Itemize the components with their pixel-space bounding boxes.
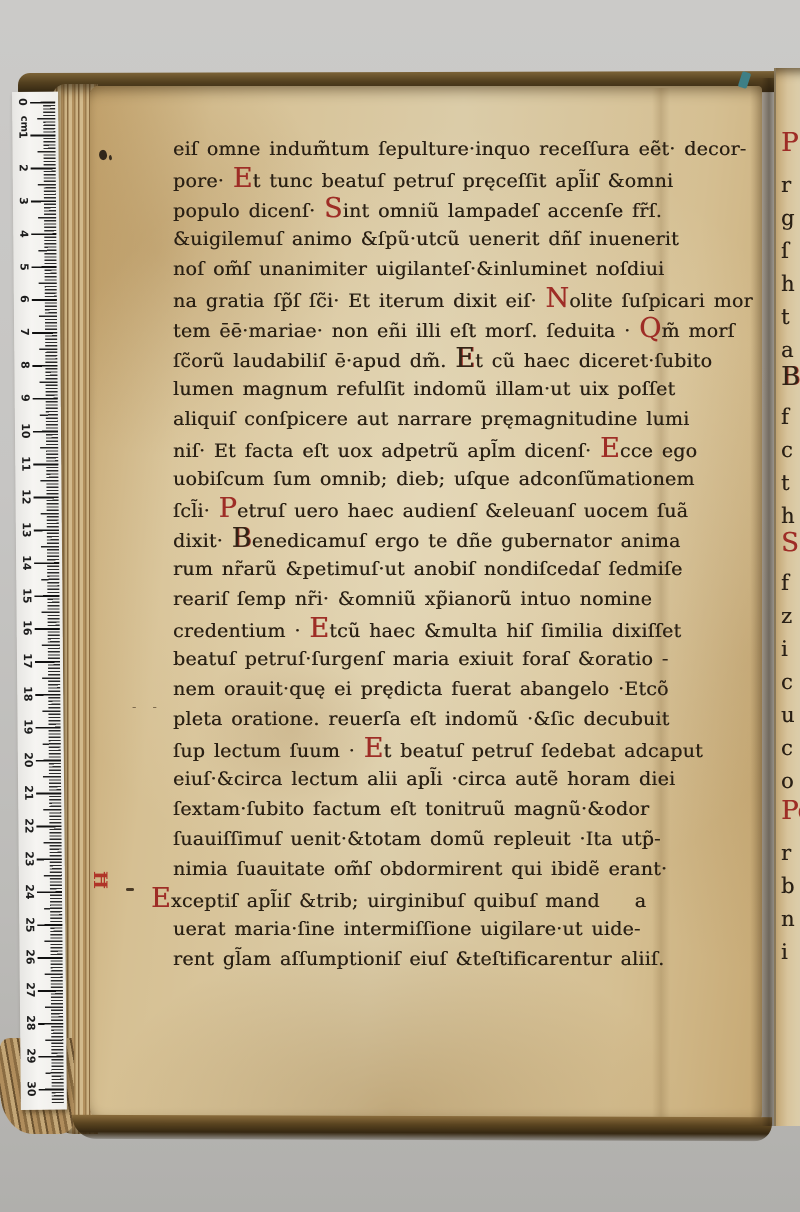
text-segment: credentium ·: [173, 620, 309, 642]
facing-page-letter: t: [781, 302, 789, 332]
text-segment: dixit·: [173, 530, 232, 552]
facing-page-letter: g: [781, 203, 794, 233]
book-bottom-edge: [72, 1115, 772, 1141]
rubric-initial: Q: [639, 313, 661, 344]
text-segment: cce ego: [620, 440, 697, 462]
facing-page-letter: Pe: [781, 796, 800, 826]
ruler-number: 8: [14, 354, 36, 376]
ruler-unit-label: cm: [16, 115, 32, 133]
rubric-initial: B: [781, 362, 800, 392]
ruler-number: 28: [20, 1012, 42, 1034]
text-segment: rum nr̃arũ &petimuſ·ut anobiſ nondiſceda…: [173, 558, 683, 580]
text-segment: c: [781, 438, 793, 462]
manuscript-line: nimia ſuauitate om̃ſ obdormirent qui ibi…: [173, 854, 667, 884]
text-segment: ſ: [781, 239, 789, 263]
facing-page-letter: o: [781, 766, 794, 796]
text-segment: f: [781, 571, 789, 595]
text-segment: r: [781, 173, 791, 197]
text-segment: g: [781, 206, 794, 230]
text-segment: noſ om̃ſ unanimiter uigilanteſ·&inlumine…: [173, 258, 664, 280]
ruler: 0123456789101112131415161718192021222324…: [12, 92, 67, 1110]
facing-page-letter: i: [781, 634, 788, 664]
text-segment: enedicamuſ ergo te dñe gubernator anima: [252, 530, 681, 552]
facing-page-letter: r: [781, 838, 791, 868]
manuscript-line: ſc̃orũ laudabiliſ ē·apud dm̃. Et cũ haec…: [173, 344, 712, 374]
manuscript-photo: eiſ omne indum̃tum ſepulture·inquo receſ…: [0, 0, 800, 1212]
margin-correction-dashes: - -: [132, 700, 163, 715]
manuscript-line: beatuſ petruſ·ſurgenſ maria exiuit foraſ…: [173, 644, 668, 674]
ruler-number: 23: [19, 847, 41, 869]
facing-page-letter: h: [781, 269, 795, 299]
text-segment: tem ēē·mariae· non eñi illi eſt morſ. ſe…: [173, 320, 639, 342]
facing-page-letter: n: [781, 904, 795, 934]
manuscript-line: reariſ ſemp nr̃i· &omniũ xp̃ianorũ intuo…: [173, 584, 652, 614]
rubric-initial: S: [781, 528, 799, 558]
ruler-number: 30: [21, 1078, 43, 1100]
text-segment: m̃ morſ: [661, 320, 734, 342]
text-segment: t beatuſ petruſ ſedebat adcaput: [384, 740, 703, 762]
facing-page-letter: h: [781, 501, 795, 531]
facing-page-letter: a: [781, 335, 794, 365]
manuscript-line: rum nr̃arũ &petimuſ·ut anobiſ nondiſceda…: [173, 554, 683, 584]
text-segment: pleta oratione. reuerſa eſt indomũ ·&ſic…: [173, 708, 669, 730]
manuscript-line: eiuſ·&circa lectum alii apl̃i ·circa aut…: [173, 764, 675, 794]
ruler-number: 2: [13, 157, 35, 179]
text-segment: t cũ haec diceret·ſubito: [475, 350, 712, 372]
manuscript-line: credentium · Etcũ haec &multa hiſ ſimili…: [173, 614, 681, 644]
rubric-initial: B: [232, 523, 252, 554]
text-segment: h: [781, 272, 795, 296]
facing-page-letter: S: [781, 528, 799, 558]
rubric-initial: P: [219, 493, 237, 524]
text-segment: int omniũ lampadeſ accenſe fr̃ſ.: [343, 200, 662, 222]
ruler-number: 26: [19, 946, 41, 968]
margin-dark-speck: [126, 888, 134, 891]
text-segment: u: [781, 703, 795, 727]
ruler-number: 3: [13, 189, 35, 211]
text-segment: a: [781, 338, 794, 362]
facing-page-letter: t: [781, 468, 789, 498]
text-segment: t tunc beatuſ petruſ pręceſſit apl̃iſ &o…: [253, 170, 674, 192]
text-segment: xceptiſ apl̃iſ &trib; uirginibuſ quibuſ …: [171, 890, 646, 912]
ruler-number: 12: [15, 486, 37, 508]
rubric-initial: S: [324, 193, 343, 224]
text-segment: rent gl̃am aſſumptioniſ eiuſ &teſtificar…: [173, 948, 664, 970]
text-segment: tcũ haec &multa hiſ ſimilia dixiſſet: [329, 620, 681, 642]
text-segment: o: [781, 769, 794, 793]
rubric-initial: E: [455, 343, 475, 374]
ruler-number: 9: [15, 387, 37, 409]
manuscript-line: &uigilemuſ animo &ſpũ·utcũ uenerit dñſ i…: [173, 224, 679, 254]
text-segment: uerat maria·ſine intermiſſione uigilare·…: [173, 918, 641, 940]
text-segment: nem orauit·quę ei prędicta fuerat abange…: [173, 678, 669, 700]
text-segment: ſuauiſſimuſ uenit·&totam domũ repleuit ·…: [173, 828, 661, 850]
facing-page-letter: c: [781, 733, 793, 763]
manuscript-line: niſ· Et facta eſt uox adpetrũ apl̃m dice…: [173, 434, 697, 464]
rubric-initial: E: [309, 613, 329, 644]
text-segment: i: [781, 637, 788, 661]
manuscript-line: lumen magnum refulſit indomũ illam·ut ui…: [173, 374, 675, 404]
ruler-number: 22: [18, 815, 40, 837]
text-segment: ſcl̃i·: [173, 500, 219, 522]
facing-page-letter: c: [781, 435, 793, 465]
text-segment: z: [781, 604, 792, 628]
facing-page-letter: b: [781, 871, 794, 901]
text-segment: niſ· Et facta eſt uox adpetrũ apl̃m dice…: [173, 440, 600, 462]
facing-page-letter: i: [781, 937, 788, 967]
rubric-initial: E: [364, 733, 384, 764]
facing-page-letter: f: [781, 568, 789, 598]
ruler-number: 0: [12, 91, 34, 113]
rubric-initial: E: [600, 433, 620, 464]
facing-page-letter: ſ: [781, 236, 789, 266]
text-segment: olite ſuſpicari mor: [569, 290, 753, 312]
text-segment: eiuſ·&circa lectum alii apl̃i ·circa aut…: [173, 768, 675, 790]
ruler-number: 24: [19, 880, 41, 902]
ruler-number: 20: [18, 749, 40, 771]
text-segment: nimia ſuauitate om̃ſ obdormirent qui ibi…: [173, 858, 667, 880]
manuscript-line: pore· Et tunc beatuſ petruſ pręceſſit ap…: [173, 164, 673, 194]
ruler-number: 19: [17, 716, 39, 738]
text-segment: ſextam·ſubito factum eſt tonitruũ magnũ·…: [173, 798, 649, 820]
ruler-number: 16: [17, 617, 39, 639]
manuscript-line: na gratia ſp̃ſ ſc̃i· Et iterum dixit eiſ…: [173, 284, 753, 314]
manuscript-line: Exceptiſ apl̃iſ &trib; uirginibuſ quibuſ…: [151, 884, 646, 914]
facing-page-letter: u: [781, 700, 795, 730]
manuscript-line: aliquiſ conſpicere aut narrare pręmagnit…: [173, 404, 689, 434]
manuscript-line: noſ om̃ſ unanimiter uigilanteſ·&inlumine…: [173, 254, 664, 284]
ruler-number: 15: [16, 584, 38, 606]
text-segment: t: [781, 471, 789, 495]
text-segment: ſup lectum ſuum ·: [173, 740, 364, 762]
ruler-number: 25: [19, 913, 41, 935]
text-segment: n: [781, 907, 795, 931]
ruler-number: 17: [17, 650, 39, 672]
text-segment: populo dicenſ·: [173, 200, 324, 222]
manuscript-line: uerat maria·ſine intermiſſione uigilare·…: [173, 914, 641, 944]
text-segment: i: [781, 940, 788, 964]
text-segment: f: [781, 405, 789, 429]
rubric-initial: P: [781, 128, 799, 158]
ruler-number: 14: [16, 551, 38, 573]
text-segment: b: [781, 874, 794, 898]
text-segment: t: [781, 305, 789, 329]
text-segment: eiſ omne indum̃tum ſepulture·inquo receſ…: [173, 138, 746, 160]
manuscript-line: uobiſcum ſum omnib; dieb; uſque adconſũm…: [173, 464, 695, 494]
rubric-initial: N: [545, 283, 569, 314]
text-segment: beatuſ petruſ·ſurgenſ maria exiuit foraſ…: [173, 648, 668, 670]
text-segment: h: [781, 504, 795, 528]
manuscript-line: ſuauiſſimuſ uenit·&totam domũ repleuit ·…: [173, 824, 661, 854]
text-segment: pore·: [173, 170, 233, 192]
ruler-number: 10: [15, 420, 37, 442]
text-segment: na gratia ſp̃ſ ſc̃i· Et iterum dixit eiſ…: [173, 290, 545, 312]
text-segment: r: [781, 841, 791, 865]
ruler-number: 7: [14, 321, 36, 343]
facing-page-letter: z: [781, 601, 792, 631]
text-block: eiſ omne indum̃tum ſepulture·inquo receſ…: [173, 134, 777, 990]
text-segment: etruſ uero haec audienſ &eleuanſ uocem ſ…: [237, 500, 688, 522]
manuscript-line: dixit· Benedicamuſ ergo te dñe gubernato…: [173, 524, 680, 554]
manuscript-line: rent gl̃am aſſumptioniſ eiuſ &teſtificar…: [173, 944, 664, 974]
text-segment: aliquiſ conſpicere aut narrare pręmagnit…: [173, 408, 689, 430]
text-segment: ſc̃orũ laudabiliſ ē·apud dm̃.: [173, 350, 455, 372]
rubric-initial: E: [233, 163, 253, 194]
manuscript-line: populo dicenſ· Sint omniũ lampadeſ accen…: [173, 194, 662, 224]
text-segment: lumen magnum refulſit indomũ illam·ut ui…: [173, 378, 675, 400]
ruler-number: 6: [14, 288, 36, 310]
text-segment: uobiſcum ſum omnib; dieb; uſque adconſũm…: [173, 468, 695, 490]
facing-page-letter: c: [781, 667, 793, 697]
ruler-number: 5: [13, 255, 35, 277]
manuscript-line: nem orauit·quę ei prędicta fuerat abange…: [173, 674, 669, 704]
facing-page-letter: P: [781, 128, 799, 158]
ruler-number: 27: [20, 979, 42, 1001]
facing-page-letter: r: [781, 170, 791, 200]
ruler-number: 11: [15, 453, 37, 475]
manuscript-line: ſextam·ſubito factum eſt tonitruũ magnũ·…: [173, 794, 649, 824]
ruler-number: 4: [13, 222, 35, 244]
ruler-number: 21: [18, 782, 40, 804]
rubric-initial: Pe: [781, 796, 800, 826]
ruler-number: 18: [17, 683, 39, 705]
ruler-number: 13: [16, 518, 38, 540]
facing-page-letter: f: [781, 402, 789, 432]
text-segment: c: [781, 736, 793, 760]
manuscript-line: ſup lectum ſuum · Et beatuſ petruſ ſedeb…: [173, 734, 703, 764]
manuscript-line: tem ēē·mariae· non eñi illi eſt morſ. ſe…: [173, 314, 735, 344]
manuscript-line: pleta oratione. reuerſa eſt indomũ ·&ſic…: [173, 704, 669, 734]
facing-page-letter: B: [781, 362, 800, 392]
red-quire-siglum: Ħ: [89, 871, 111, 887]
text-segment: &uigilemuſ animo &ſpũ·utcũ uenerit dñſ i…: [173, 228, 679, 250]
text-segment: reariſ ſemp nr̃i· &omniũ xp̃ianorũ intuo…: [173, 588, 652, 610]
rubric-initial: E: [151, 883, 171, 914]
text-segment: c: [781, 670, 793, 694]
ruler-number: 29: [20, 1045, 42, 1067]
manuscript-line: ſcl̃i· Petruſ uero haec audienſ &eleuanſ…: [173, 494, 688, 524]
manuscript-line: eiſ omne indum̃tum ſepulture·inquo receſ…: [173, 134, 746, 164]
